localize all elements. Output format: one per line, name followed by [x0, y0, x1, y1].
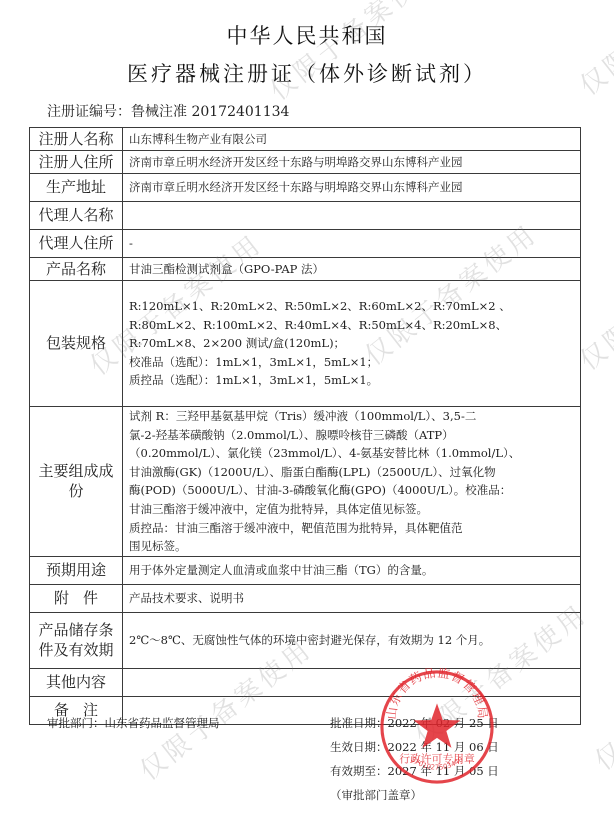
row-label-registrant-name: 注册人名称	[30, 128, 123, 151]
components-line: 甘油激酶(GK)（1200U/L）、脂蛋白酯酶(LPL)（2500U/L）、过氧…	[129, 463, 574, 482]
components-line: （0.20mmol/L）、氯化镁（23mmol/L）、4-氨基安替比林（1.0m…	[129, 444, 574, 463]
row-value-main-components: 试剂 R：三羟甲基氨基甲烷（Tris）缓冲液（100mmol/L）、3,5-二 …	[123, 407, 581, 557]
row-label-agent-address: 代理人住所	[30, 230, 123, 258]
watermark-text: 仅限于备案使用	[261, 0, 449, 108]
watermark-text: 仅限于备案使用	[586, 619, 614, 777]
package-spec-line: R:120mL×1、R:20mL×2、R:50mL×2、R:60mL×2、R:7…	[129, 297, 574, 316]
document-title-certificate: 医疗器械注册证（体外诊断试剂）	[0, 58, 614, 88]
components-line: 氯-2-羟基苯磺酸钠（2.0mmol/L）、腺嘌呤核苷三磷酸（ATP）	[129, 426, 574, 445]
components-line: 试剂 R：三羟甲基氨基甲烷（Tris）缓冲液（100mmol/L）、3,5-二	[129, 407, 574, 426]
package-spec-line: 校准品（选配）：1mL×1，3mL×1，5mL×1；	[129, 353, 574, 372]
effective-date: 生效日期：2022 年 11 月 06 日	[330, 739, 499, 763]
table-row: 生产地址 济南市章丘明水经济开发区经十东路与明埠路交界山东博科产业园	[30, 174, 581, 202]
row-label-storage: 产品储存条件及有效期	[30, 612, 123, 668]
table-row: 代理人住所 -	[30, 230, 581, 258]
row-value-production-address: 济南市章丘明水经济开发区经十东路与明埠路交界山东博科产业园	[123, 174, 581, 202]
table-row: 产品储存条件及有效期 2℃～8℃、无腐蚀性气体的环境中密封避光保存，有效期为 1…	[30, 612, 581, 668]
row-value-registrant-name: 山东博科生物产业有限公司	[123, 128, 581, 151]
components-line: 酶(POD)（5000U/L）、甘油-3-磷酸氧化酶(GPO)（4000U/L）…	[129, 481, 574, 500]
table-row: 注册人名称 山东博科生物产业有限公司	[30, 128, 581, 151]
row-value-intended-use: 用于体外定量测定人血清或血浆中甘油三酯（TG）的含量。	[123, 556, 581, 584]
table-row: 其他内容	[30, 668, 581, 696]
components-line: 甘油三酯溶于缓冲液中，定值为批特异，具体定值见标签。	[129, 500, 574, 519]
components-line: 围见标签。	[129, 537, 574, 556]
approving-department: 审批部门：山东省药品监督管理局	[47, 715, 220, 731]
row-value-other	[123, 668, 581, 696]
table-row: 主要组成成份 试剂 R：三羟甲基氨基甲烷（Tris）缓冲液（100mmol/L）…	[30, 407, 581, 557]
table-row: 注册人住所 济南市章丘明水经济开发区经十东路与明埠路交界山东博科产业园	[30, 151, 581, 174]
row-label-agent-name: 代理人名称	[30, 202, 123, 230]
table-row: 代理人名称	[30, 202, 581, 230]
row-label-package-spec: 包装规格	[30, 281, 123, 407]
registration-number-label: 注册证编号：	[47, 104, 131, 120]
package-spec-line: 质控品（选配）：1mL×1，3mL×1，5mL×1。	[129, 371, 574, 390]
row-value-product-name: 甘油三酯检测试剂盒（GPO-PAP 法）	[123, 258, 581, 281]
row-label-production-address: 生产地址	[30, 174, 123, 202]
row-value-attachments: 产品技术要求、说明书	[123, 584, 581, 612]
table-row: 产品名称 甘油三酯检测试剂盒（GPO-PAP 法）	[30, 258, 581, 281]
expiry-date: 有效期至：2027 年 11 月 05 日	[330, 763, 499, 787]
table-row: 预期用途 用于体外定量测定人血清或血浆中甘油三酯（TG）的含量。	[30, 556, 581, 584]
row-label-main-components: 主要组成成份	[30, 407, 123, 557]
table-row: 附件 产品技术要求、说明书	[30, 584, 581, 612]
row-value-agent-name	[123, 202, 581, 230]
components-line: 质控品：甘油三酯溶于缓冲液中，靶值范围为批特异，具体靶值范	[129, 519, 574, 538]
row-label-intended-use: 预期用途	[30, 556, 123, 584]
row-value-agent-address: -	[123, 230, 581, 258]
table-row: 包装规格 R:120mL×1、R:20mL×2、R:50mL×2、R:60mL×…	[30, 281, 581, 407]
seal-note: （审批部门盖章）	[330, 787, 499, 811]
registration-number: 注册证编号：鲁械注准 20172401134	[47, 101, 289, 121]
row-value-storage: 2℃～8℃、无腐蚀性气体的环境中密封避光保存，有效期为 12 个月。	[123, 612, 581, 668]
package-spec-line: R:80mL×2、R:100mL×2、R:40mL×4、R:50mL×4、R:2…	[129, 316, 574, 335]
package-spec-line: R:70mL×8、2×200 测试/盒(120mL)；	[129, 334, 574, 353]
row-label-product-name: 产品名称	[30, 258, 123, 281]
row-label-other: 其他内容	[30, 668, 123, 696]
date-block: 批准日期：2022 年 02 月 25 日 生效日期：2022 年 11 月 0…	[330, 715, 499, 811]
row-value-package-spec: R:120mL×1、R:20mL×2、R:50mL×2、R:60mL×2、R:7…	[123, 281, 581, 407]
row-label-attachments: 附件	[30, 584, 123, 612]
approval-date: 批准日期：2022 年 02 月 25 日	[330, 715, 499, 739]
registration-number-value: 鲁械注准 20172401134	[131, 104, 289, 120]
row-label-registrant-address: 注册人住所	[30, 151, 123, 174]
certificate-table: 注册人名称 山东博科生物产业有限公司 注册人住所 济南市章丘明水经济开发区经十东…	[29, 127, 581, 725]
row-value-registrant-address: 济南市章丘明水经济开发区经十东路与明埠路交界山东博科产业园	[123, 151, 581, 174]
document-title-country: 中华人民共和国	[0, 20, 614, 50]
